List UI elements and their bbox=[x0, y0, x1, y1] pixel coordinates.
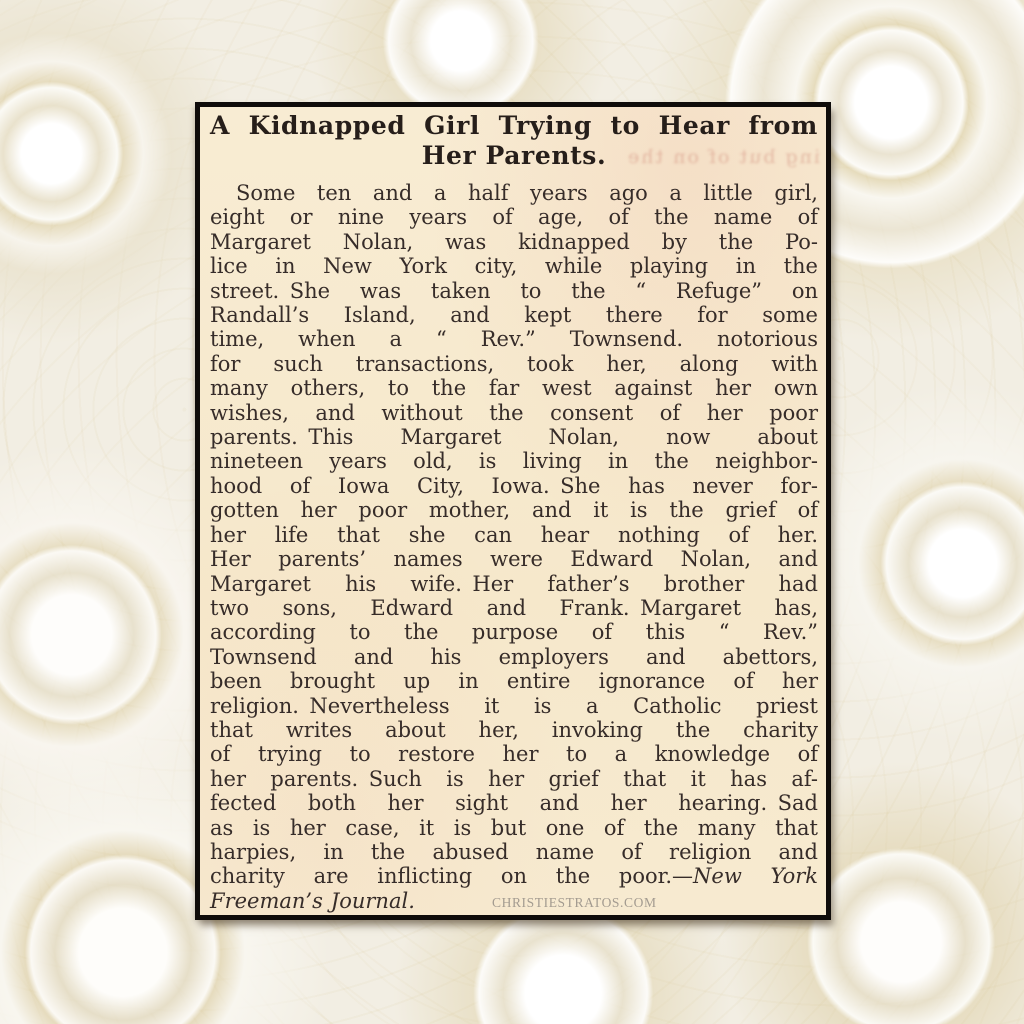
article-title-line1: A Kidnapped Girl Trying to Hear from bbox=[210, 111, 818, 141]
body-line: that writes about her, invoking the char… bbox=[210, 718, 818, 742]
page-background: { "page": { "watermark": "CHRISTIESTRATO… bbox=[0, 0, 1024, 1024]
body-line: gotten her poor mother, and it is the gr… bbox=[210, 498, 818, 522]
body-line: religion. Nevertheless it is a Catholic … bbox=[210, 694, 818, 718]
body-line: fected both her sight and her hearing. S… bbox=[210, 791, 818, 815]
body-line: as is her case, it is but one of the man… bbox=[210, 816, 818, 840]
body-line: street. She was taken to the “ Refuge” o… bbox=[210, 279, 818, 303]
body-line: parents. This Margaret Nolan, now about bbox=[210, 425, 818, 449]
body-line: Margaret his wife. Her father’s brother … bbox=[210, 572, 818, 596]
newspaper-clipping: ing but of on the A Kidnapped Girl Tryin… bbox=[195, 102, 831, 920]
body-line: been brought up in entire ignorance of h… bbox=[210, 669, 818, 693]
body-line: wishes, and without the consent of her p… bbox=[210, 401, 818, 425]
body-line: harpies, in the abused name of religion … bbox=[210, 840, 818, 864]
body-line: Margaret Nolan, was kidnapped by the Po- bbox=[210, 230, 818, 254]
body-line: according to the purpose of this “ Rev.” bbox=[210, 620, 818, 644]
body-line: Her parents’ names were Edward Nolan, an… bbox=[210, 547, 818, 571]
body-line: for such transactions, took her, along w… bbox=[210, 352, 818, 376]
body-line: her life that she can hear nothing of he… bbox=[210, 523, 818, 547]
body-line: two sons, Edward and Frank. Margaret has… bbox=[210, 596, 818, 620]
body-line: Townsend and his employers and abettors, bbox=[210, 645, 818, 669]
article-title-line2: Her Parents. bbox=[210, 141, 818, 171]
article-body: Some ten and a half years ago a little g… bbox=[210, 181, 818, 913]
body-line: charity are inflicting on the poor.—New … bbox=[210, 864, 818, 888]
body-line: time, when a “ Rev.” Townsend. notorious bbox=[210, 327, 818, 351]
body-line: hood of Iowa City, Iowa. She has never f… bbox=[210, 474, 818, 498]
body-line: nineteen years old, is living in the nei… bbox=[210, 449, 818, 473]
body-line: Randall’s Island, and kept there for som… bbox=[210, 303, 818, 327]
body-line: her parents. Such is her grief that it h… bbox=[210, 767, 818, 791]
body-line: of trying to restore her to a knowledge … bbox=[210, 742, 818, 766]
body-line: lice in New York city, while playing in … bbox=[210, 254, 818, 278]
body-line: many others, to the far west against her… bbox=[210, 376, 818, 400]
watermark-text: CHRISTIESTRATOS.COM bbox=[492, 895, 657, 911]
marbled-background: ing but of on the A Kidnapped Girl Tryin… bbox=[0, 0, 1024, 1024]
article-title: A Kidnapped Girl Trying to Hear from Her… bbox=[210, 111, 818, 171]
body-line: eight or nine years of age, of the name … bbox=[210, 205, 818, 229]
body-line: Some ten and a half years ago a little g… bbox=[210, 181, 818, 205]
